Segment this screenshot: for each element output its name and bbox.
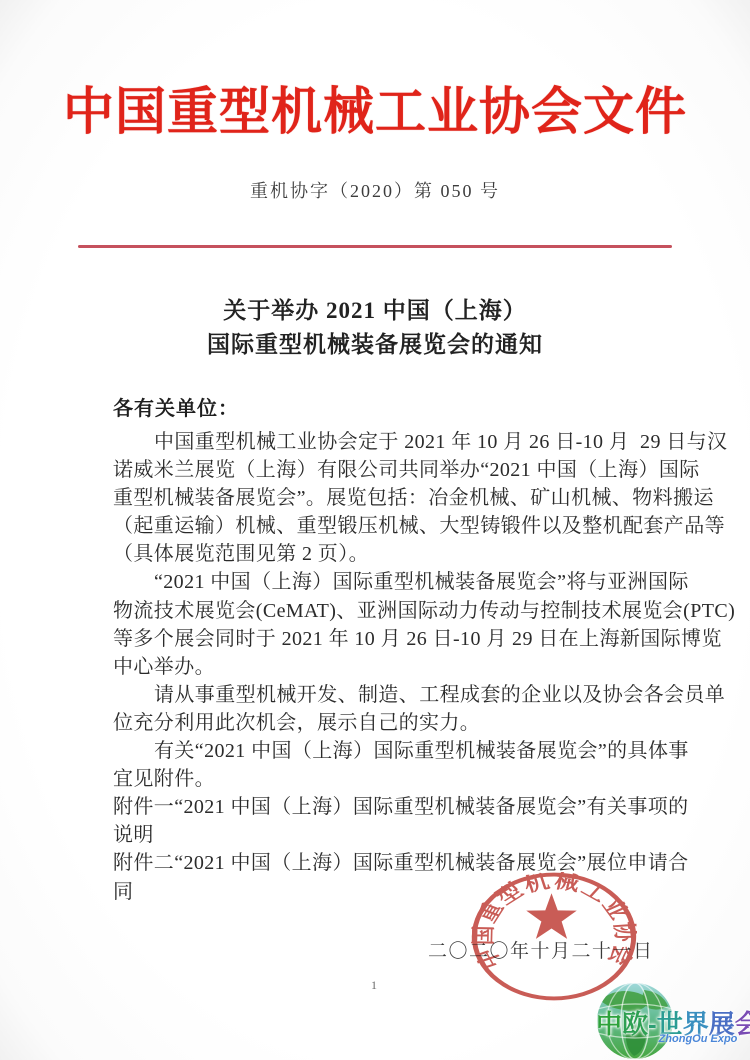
body-line: 诺威米兰展览（上海）有限公司共同举办“2021 中国（上海）国际 xyxy=(113,456,653,484)
body-line: “2021 中国（上海）国际重型机械装备展览会”将与亚洲国际 xyxy=(113,568,653,596)
expo-logo-char: 欧 xyxy=(622,1009,648,1039)
body-line: 重型机械装备展览会”。展览包括：冶金机械、矿山机械、物料搬运 xyxy=(113,484,653,512)
expo-logo-char: 中 xyxy=(596,1009,622,1039)
document-number: 重机协字（2020）第 050 号 xyxy=(0,177,750,203)
body-line: 宜见附件。 xyxy=(113,765,653,793)
body-line: 中国重型机械工业协会定于 2021 年 10 月 26 日-10 月 29 日与… xyxy=(113,428,653,456)
body-line: 位充分利用此次机会，展示自己的实力。 xyxy=(113,709,653,737)
body-line: 说明 xyxy=(113,821,653,849)
body-line: 中心举办。 xyxy=(113,653,653,681)
notice-title-line2: 国际重型机械装备展览会的通知 xyxy=(0,326,750,359)
seal-star-icon xyxy=(526,893,576,939)
body-line: 有关“2021 中国（上海）国际重型机械装备展览会”的具体事 xyxy=(113,737,653,765)
body-line: 物流技术展览会(CeMAT)、亚洲国际动力传动与控制技术展览会(PTC) xyxy=(113,597,653,625)
expo-logo: 中欧-世界展会 ZhongOu Expo xyxy=(588,958,750,1060)
body-line: 请从事重型机械开发、制造、工程成套的企业以及协会各会员单 xyxy=(113,681,653,709)
body-lines: 中国重型机械工业协会定于 2021 年 10 月 26 日-10 月 29 日与… xyxy=(113,428,653,906)
body-line: 等多个展会同时于 2021 年 10 月 26 日-10 月 29 日在上海新国… xyxy=(113,625,653,653)
notice-title-line1: 关于举办 2021 中国（上海） xyxy=(0,292,750,325)
salutation: 各有关单位： xyxy=(113,392,239,421)
document-page: 中国重型机械工业协会文件 重机协字（2020）第 050 号 关于举办 2021… xyxy=(0,0,750,1060)
page-number: 1 xyxy=(366,978,382,993)
body-line: （具体展览范围见第 2 页）。 xyxy=(113,540,653,568)
body-line: （起重运输）机械、重型锻压机械、大型铸锻件以及整机配套产品等 xyxy=(113,512,653,540)
red-divider-rule xyxy=(78,245,672,248)
letterhead-title: 中国重型机械工业协会文件 xyxy=(0,70,750,144)
body-line: 附件一“2021 中国（上海）国际重型机械装备展览会”有关事项的 xyxy=(113,793,653,821)
expo-logo-en-text: ZhongOu Expo xyxy=(646,1033,750,1045)
